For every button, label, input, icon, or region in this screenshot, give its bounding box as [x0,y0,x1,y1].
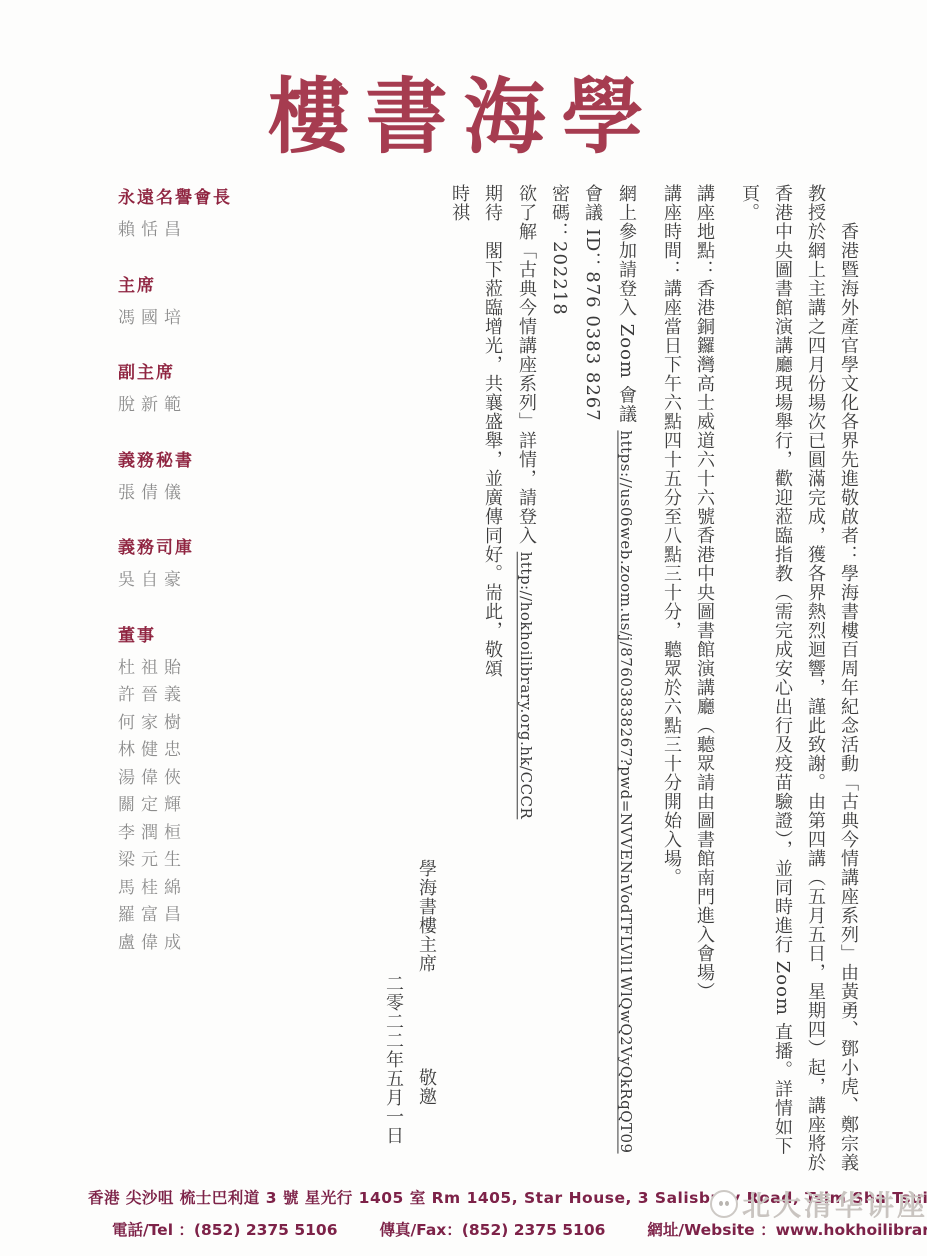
body-col-2: 教授於網上主講之四月份場次已圓滿完成，獲各界熱烈迴響，謹此致謝。由第四講（五月五… [799,184,832,1192]
body-col-zoom: 網上參加請登入 Zoom 會議 https://us06web.zoom.us/… [609,184,643,1192]
body-col-venue: 講座地點：香港銅鑼灣高士威道六十六號香港中央圖書館演講廳（聽眾請由圖書館南門進入… [688,184,721,1192]
zoom-meeting-link[interactable]: https://us06web.zoom.us/j/87603838267?pw… [617,430,635,1153]
body-col-opening: 香港暨海外產官學文化各界先進敬啟者：學海書樓百周年紀念活動「古典今情講座系列」由… [832,184,865,1192]
letterhead-logo: 樓書海學 [0,52,927,169]
watermark-text: 北大清华讲座 [742,1184,927,1224]
body-col-wellwish: 時祺 [443,184,476,1192]
info-label: 欲了解「古典今情講座系列」詳情，請登入 [516,184,537,552]
zoom-join-label: 網上參加請登入 Zoom 會議 [616,184,637,430]
role-vice-chairman: 副主席 脫新範 [118,361,288,420]
letter-body: 香港暨海外產官學文化各界先進敬啟者：學海書樓百周年紀念活動「古典今情講座系列」由… [377,184,865,1192]
watermark-face-icon [710,1190,738,1218]
role-names: 吳自豪 [118,567,288,595]
body-col-signature: 學海書樓主席 敬邀 [410,184,443,1192]
body-col-info: 欲了解「古典今情講座系列」詳情，請登入 http://hokhoilibrary… [509,184,543,1192]
body-col-passcode: 密碼：202218 [543,184,576,1192]
role-title: 主席 [118,274,288,298]
role-title: 副主席 [118,361,288,385]
role-chairman: 主席 馮國培 [118,274,288,333]
body-col-time: 講座時間：講座當日下午六點四十五分至八點三十分，聽眾於六點三十分開始入場。 [655,184,688,1192]
role-title: 董事 [118,624,288,648]
role-honorary-president: 永遠名譽會長 賴恬昌 [118,186,288,245]
role-hon-secretary: 義務秘書 張倩儀 [118,449,288,508]
officers-sidebar: 永遠名譽會長 賴恬昌 主席 馮國培 副主席 脫新範 義務秘書 張倩儀 義務司庫 … [118,186,288,986]
body-col-meeting-id: 會議 ID：876 0383 8267 [576,184,609,1192]
role-title: 義務司庫 [118,536,288,560]
watermark: 北大清华讲座 [710,1184,927,1224]
role-hon-treasurer: 義務司庫 吳自豪 [118,536,288,595]
footer-tel: 電話/Tel ：(852) 2375 5106 [112,1221,338,1239]
body-col-3: 香港中央圖書館演講廳現場舉行，歡迎蒞臨指教（需完成安心出行及疫苗驗證），並同時進… [733,184,799,1192]
series-info-link[interactable]: http://hokhoilibrary.org.hk/CCCR [517,552,535,820]
role-title: 永遠名譽會長 [118,186,288,210]
body-col-date: 二零二二年五月一日 [377,184,410,1192]
role-title: 義務秘書 [118,449,288,473]
role-names: 脫新範 [118,392,288,420]
footer-fax: 傳真/Fax：(852) 2375 5106 [380,1221,606,1239]
role-names: 馮國培 [118,305,288,333]
role-names: 張倩儀 [118,480,288,508]
role-directors: 董事 杜祖貽 許晉義 何家樹 林健忠 湯偉俠 關定輝 李潤桓 梁元生 馬桂綿 羅… [118,624,288,958]
role-names: 賴恬昌 [118,217,288,245]
role-names: 杜祖貽 許晉義 何家樹 林健忠 湯偉俠 關定輝 李潤桓 梁元生 馬桂綿 羅富昌 … [118,655,288,958]
body-col-closing: 期待 閣下蒞臨增光，共襄盛舉，並廣傳同好。耑此，敬頌 [476,184,509,1192]
